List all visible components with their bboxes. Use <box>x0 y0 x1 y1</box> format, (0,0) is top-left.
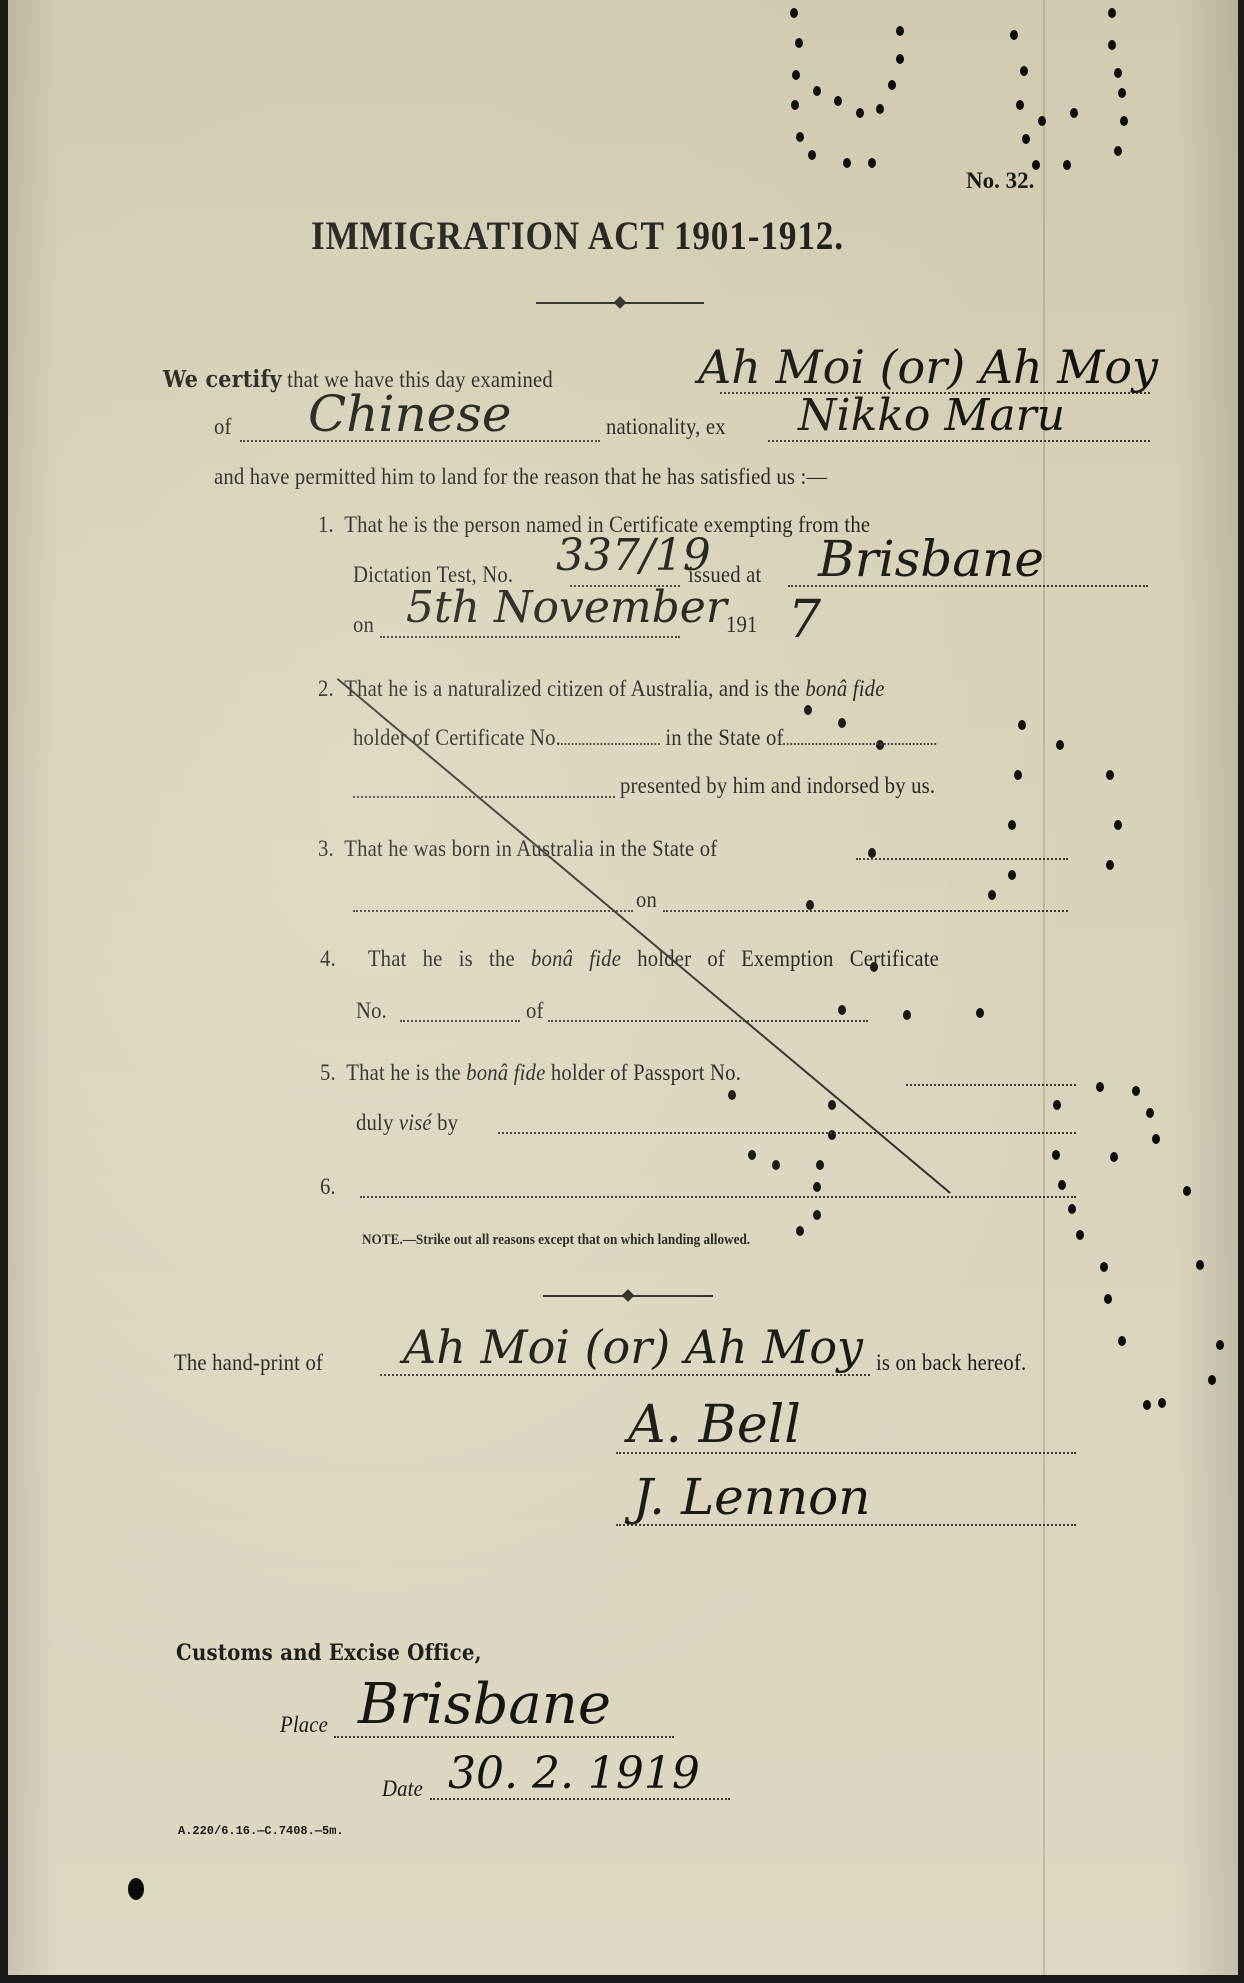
place-value: Brisbane <box>358 1672 611 1737</box>
ornament-divider <box>536 302 704 304</box>
reason-4-of-label: of <box>526 998 544 1024</box>
date-label: Date <box>382 1776 423 1802</box>
certificate-paper: No. 32. IMMIGRATION ACT 1901-1912. We ce… <box>8 0 1238 1975</box>
handprint-name: Ah Moi (or) Ah Moy <box>403 1320 863 1374</box>
reason-3-state-line <box>856 858 1068 860</box>
place-label: Place <box>280 1712 328 1738</box>
form-code: A.220/6.16.—C.7408.—5m. <box>178 1824 344 1838</box>
handprint-suffix: is on back hereof. <box>876 1350 1026 1376</box>
reason-2-field-line <box>353 796 615 798</box>
ship-name: Nikko Maru <box>798 390 1065 441</box>
reason-6-number: 6. <box>320 1174 336 1200</box>
certify-lead: We certify <box>163 366 282 393</box>
ornament-divider-2 <box>543 1295 713 1297</box>
reason-2-line-3: presented by him and indorsed by us. <box>620 773 935 799</box>
page-title: IMMIGRATION ACT 1901-1912. <box>311 212 844 259</box>
office-label: Customs and Excise Office, <box>176 1640 482 1666</box>
reason-5-line-1: 5. That he is the bonâ fide holder of Pa… <box>320 1060 741 1086</box>
reason-3-line-a <box>353 910 633 912</box>
year-prefix: 191 <box>726 612 758 638</box>
form-number: No. 32. <box>966 168 1034 194</box>
examined-name: Ah Moi (or) Ah Moy <box>698 340 1158 394</box>
passport-no-line <box>906 1084 1076 1086</box>
reason-4-no-label: No. <box>356 998 387 1024</box>
date-value: 30. 2. 1919 <box>448 1748 700 1799</box>
issue-date-value: 5th November <box>406 582 727 633</box>
issued-at-value: Brisbane <box>818 530 1044 588</box>
reason-2-line-1: 2. That he is a naturalized citizen of A… <box>318 676 885 702</box>
reason-5-line-2: duly visé by <box>356 1110 458 1136</box>
punch-hole <box>128 1878 144 1900</box>
handprint-name-line <box>380 1374 870 1376</box>
reason-4-line-1: 4. That he is the bonâ fide holder of Ex… <box>320 946 939 972</box>
date-field-line <box>380 636 680 638</box>
vise-by-line <box>498 1132 1076 1134</box>
of-label: of <box>214 414 232 440</box>
year-suffix: 7 <box>788 590 821 650</box>
note-text: NOTE.—Strike out all reasons except that… <box>362 1232 750 1249</box>
paper-fold <box>1043 0 1045 1975</box>
reason-6-line <box>360 1196 1076 1198</box>
on-label: on <box>353 612 374 638</box>
signature-2: J. Lennon <box>633 1468 870 1526</box>
signature-1: A. Bell <box>628 1395 801 1455</box>
nationality-label: nationality, ex <box>606 414 726 440</box>
reason-3-line-b <box>663 910 1068 912</box>
nationality-value: Chinese <box>308 385 512 443</box>
reason-4-no-line <box>400 1020 520 1022</box>
reason-2-line-2: holder of Certificate No. in the State o… <box>353 725 937 751</box>
reason-3-on-label: on <box>636 887 657 913</box>
reason-3-line-1: 3. That he was born in Australia in the … <box>318 836 717 862</box>
reason-4-of-line <box>548 1020 868 1022</box>
permitted-text: and have permitted him to land for the r… <box>214 464 827 490</box>
handprint-label: The hand-print of <box>174 1350 323 1376</box>
